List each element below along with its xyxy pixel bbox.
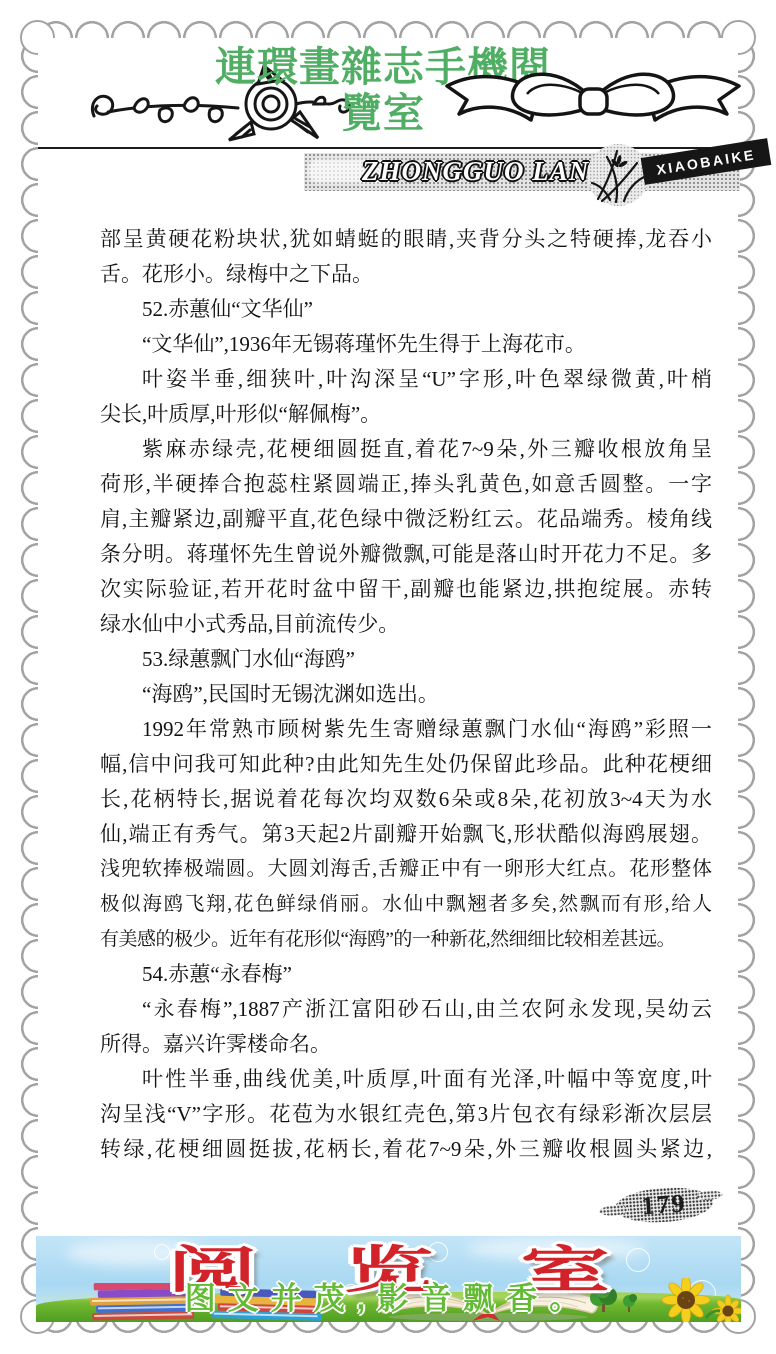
text-line: 紫麻赤绿壳,花梗细圆挺直,着花7~9朵,外三瓣收根放角呈 xyxy=(100,432,712,467)
text-line: 肩,主瓣紧边,副瓣平直,花色绿中微泛粉红云。花品端秀。棱角线 xyxy=(100,502,712,537)
text-line: 叶姿半垂,细狭叶,叶沟深呈“U”字形,叶色翠绿微黄,叶梢 xyxy=(100,362,712,397)
text-line: “永春梅”,1887产浙江富阳砂石山,由兰农阿永发现,吴幼云 xyxy=(100,992,712,1027)
bow-icon xyxy=(443,52,743,147)
text-line: 长,花柄特长,据说着花每次均双数6朵或8朵,花初放3~4天为水 xyxy=(100,782,712,817)
page-number: 179 xyxy=(641,1188,688,1221)
text-line: 仙,端正有秀气。第3天起2片副瓣开始飘飞,形状酷似海鸥展翅。 xyxy=(100,817,712,852)
text-line: 53.绿蕙飘门水仙“海鸥” xyxy=(100,642,712,677)
text-line: 有美感的极少。近年有花形似“海鸥”的一种新花,然细细比较相差甚远。 xyxy=(100,922,712,957)
text-line: 舌。花形小。绿梅中之下品。 xyxy=(100,257,712,292)
text-line: 52.赤蕙仙“文华仙” xyxy=(100,292,712,327)
text-line: 转绿,花梗细圆挺拔,花柄长,着花7~9朵,外三瓣收根圆头紧边, xyxy=(100,1132,712,1167)
text-line: 绿水仙中小式秀品,目前流传少。 xyxy=(100,607,712,642)
footer-banner[interactable]: 阅览室 图文并茂,影音飘香。 xyxy=(36,1236,741,1322)
text-line: 次实际验证,若开花时盆中留干,副瓣也能紧边,拱抱绽展。赤转 xyxy=(100,572,712,607)
page-number-badge: 179 xyxy=(614,1185,714,1226)
text-line: 幅,信中问我可知此种?由此知先生处仍保留此珍品。此种花梗细 xyxy=(100,747,712,782)
text-line: 叶性半垂,曲线优美,叶质厚,叶面有光泽,叶幅中等宽度,叶 xyxy=(100,1062,712,1097)
orchid-badge-icon xyxy=(586,143,650,207)
banner-subtitle: 图文并茂,影音飘香。 xyxy=(36,1273,741,1318)
text-line: 荷形,半硬捧合抱蕊柱紧圆端正,捧头乳黄色,如意舌圆整。一字 xyxy=(100,467,712,502)
page-content: 連環畫雜志手機閱 覽室 ZHONGGUO LANHUA xyxy=(38,38,738,1316)
text-line: 条分明。蒋瑾怀先生曾说外瓣微飘,可能是落山时开花力不足。多 xyxy=(100,537,712,572)
text-line: 沟呈浅“V”字形。花苞为水银红壳色,第3片包衣有绿彩渐次层层 xyxy=(100,1097,712,1132)
text-line: 浅兜软捧极端圆。大圆刘海舌,舌瓣正中有一卵形大红点。花形整体 xyxy=(100,852,712,887)
text-line: 部呈黄硬花粉块状,犹如蜻蜓的眼睛,夹背分头之特硬捧,龙吞小 xyxy=(100,222,712,257)
text-line: 1992年常熟市顾树紫先生寄赠绿蕙飘门水仙“海鸥”彩照一 xyxy=(100,712,712,747)
text-line: “海鸥”,民国时无锡沈渊如选出。 xyxy=(100,677,712,712)
text-line: “文华仙”,1936年无锡蒋瑾怀先生得于上海花市。 xyxy=(100,327,712,362)
body-text: 部呈黄硬花粉块状,犹如蜻蜓的眼睛,夹背分头之特硬捧,龙吞小舌。花形小。绿梅中之下… xyxy=(100,222,712,1167)
text-line: 尖长,叶质厚,叶形似“解佩梅”。 xyxy=(100,397,712,432)
text-line: 所得。嘉兴许霁楼命名。 xyxy=(100,1027,712,1062)
text-line: 54.赤蕙“永春梅” xyxy=(100,957,712,992)
text-line: 极似海鸥飞翔,花色鲜绿俏丽。水仙中飘翘者多矣,然飘而有形,给人 xyxy=(100,887,712,922)
